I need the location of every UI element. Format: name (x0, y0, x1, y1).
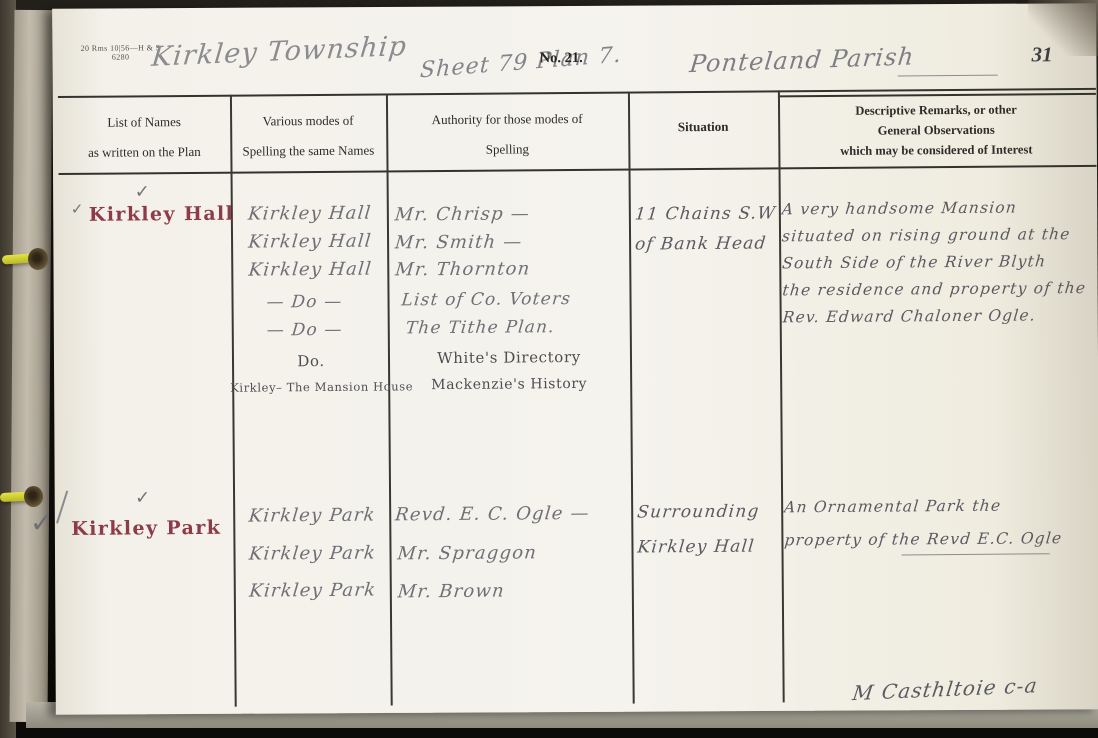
column-header-names-line2: as written on the Plan (88, 144, 201, 160)
scanned-book-background: 20 Rms 10|56—H & S 6280 Kirkley Township… (0, 0, 1098, 738)
page-corner-shadow (1028, 0, 1098, 56)
binding-hole (28, 248, 48, 270)
spelling-line: Do. (236, 351, 386, 370)
column-header-names-line1: List of Names (107, 114, 181, 130)
authority-line: White's Directory (394, 348, 624, 368)
authority-line: Mackenzie's History (394, 376, 624, 394)
remarks-line: A very handsome Mansion (781, 199, 1018, 219)
check-mark: ✓ (71, 200, 84, 219)
entry-name-kirkley-park: Kirkley Park (71, 517, 221, 540)
column-header-spelling: Various modes of Spelling the same Names (230, 105, 386, 166)
column-header-remarks-line3: which may be considered of Interest (840, 142, 1032, 158)
authority-line: Mr. Smith — (394, 231, 523, 253)
sheet-number-label: No. 21. (540, 50, 583, 67)
authority-line: Mr. Chrisp — (394, 203, 531, 225)
column-divider-1 (230, 95, 236, 707)
remarks-line: Rev. Edward Chaloner Ogle. (782, 306, 1037, 326)
check-mark: ✓ (135, 181, 150, 202)
column-header-names: List of Names as written on the Plan (58, 107, 230, 168)
binding-hole (24, 486, 43, 507)
entry-name-kirkley-hall: Kirkley Hall (89, 203, 235, 226)
authority-line: The Tithe Plan. (405, 317, 556, 338)
authority-line: Mr. Spraggon (397, 542, 539, 564)
printer-stamp-line2: 6280 (112, 52, 130, 61)
remarks-flourish-line (902, 553, 1050, 555)
spelling-line: — Do — (229, 292, 381, 313)
column-header-authority: Authority for those modes of Spelling (386, 104, 628, 166)
spelling-line: Kirkley Park (237, 542, 389, 564)
authority-line: Mr. Thornton (394, 258, 531, 280)
remarks-line: situated on rising ground at the (781, 225, 1071, 245)
table-top-double-rule (778, 93, 1096, 97)
column-divider-2 (386, 93, 392, 705)
situation-line: of Bank Head (634, 233, 767, 254)
column-header-authority-line1: Authority for those modes of (432, 111, 583, 127)
column-header-situation: Situation (628, 118, 778, 135)
column-header-remarks: Descriptive Remarks, or other General Ob… (778, 99, 1094, 161)
table-top-rule (58, 88, 1096, 98)
situation-line: 11 Chains S.W (634, 203, 777, 224)
sheet-plan-title: Sheet 79 Plan 7. (419, 42, 622, 83)
column-header-remarks-line1: Descriptive Remarks, or other (855, 103, 1017, 118)
authority-line: Revd. E. C. Ogle — (394, 503, 591, 526)
spelling-line: Kirkley– The Mansion House (230, 379, 392, 394)
situation-line: Kirkley Hall (637, 537, 756, 558)
printer-stamp-line1: 20 Rms 10|56—H & S (81, 43, 161, 53)
spelling-line: — Do — (229, 320, 381, 341)
margin-check-mark: ✓ (30, 506, 53, 540)
situation-line: Surrounding (636, 502, 760, 523)
remarks-line: An Ornamental Park the (783, 497, 1002, 517)
township-title: Kirkley Township (150, 31, 408, 73)
authority-line: List of Co. Voters (401, 289, 573, 310)
column-divider-3 (628, 92, 634, 704)
column-header-spelling-line1: Various modes of (263, 113, 354, 129)
spelling-line: Kirkley Hall (234, 202, 386, 224)
column-header-spelling-line2: Spelling the same Names (242, 143, 374, 159)
parish-blank-line (898, 75, 998, 77)
margin-tick-mark (56, 491, 68, 524)
column-header-remarks-line2: General Observations (878, 123, 995, 138)
remarks-line: South Side of the River Blyth (781, 252, 1047, 272)
spelling-line: Kirkley Hall (234, 258, 386, 280)
authority-line: Mr. Brown (397, 581, 506, 603)
column-header-authority-line2: Spelling (486, 141, 529, 156)
spelling-line: Kirkley Park (237, 579, 389, 601)
spelling-line: Kirkley Hall (234, 230, 386, 252)
check-mark: ✓ (135, 487, 150, 508)
remarks-line: the residence and property of the (782, 279, 1088, 299)
underlying-page-edges-left (10, 10, 53, 722)
spelling-line: Kirkley Park (236, 504, 388, 526)
column-divider-4 (778, 90, 784, 702)
signature: M Casthltoie c-a (851, 673, 1039, 705)
parish-title: Ponteland Parish (688, 42, 916, 78)
document-page: 20 Rms 10|56—H & S 6280 Kirkley Township… (52, 3, 1098, 714)
remarks-line: property of the Revd E.C. Ogle (784, 529, 1064, 549)
page-content: 20 Rms 10|56—H & S 6280 Kirkley Township… (51, 2, 1098, 716)
